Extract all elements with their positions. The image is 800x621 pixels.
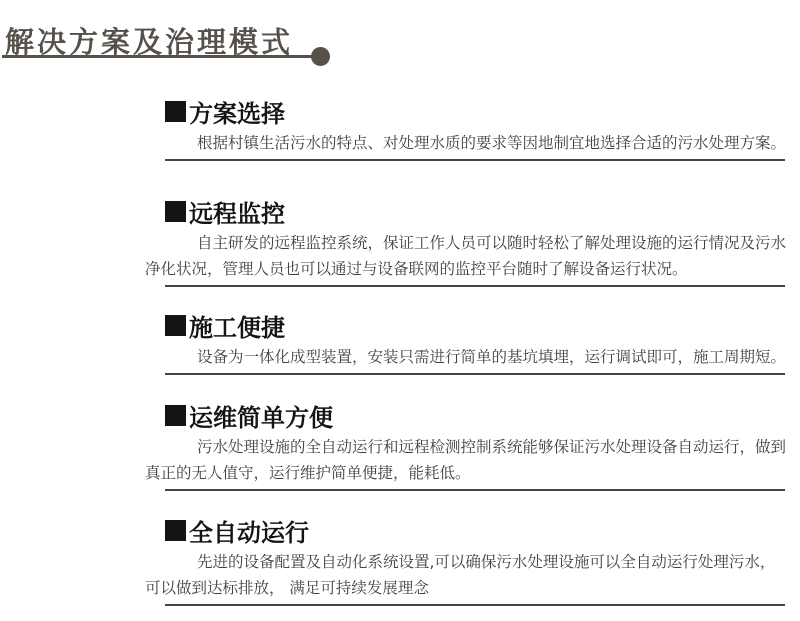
section-title: 方案选择 [189, 94, 285, 129]
paragraph-line: 自主研发的远程监控系统，保证工作人员可以随时轻松了解处理设施的运行情况及污水 [145, 230, 785, 256]
square-bullet-icon [165, 315, 186, 336]
section-divider [165, 604, 785, 606]
section-title: 远程监控 [189, 194, 285, 229]
section-easy-maintenance: 运维简单方便 污水处理设施的全自动运行和远程检测控制系统能够保证污水处理设备自动… [145, 401, 785, 491]
section-heading: 施工便捷 [165, 311, 785, 339]
section-title: 运维简单方便 [189, 398, 333, 433]
paragraph-line: 污水处理设施的全自动运行和远程检测控制系统能够保证污水处理设备自动运行，做到 [145, 434, 785, 460]
page-header: 解决方案及治理模式 [0, 0, 340, 70]
square-bullet-icon [165, 520, 186, 541]
section-title: 全自动运行 [189, 513, 309, 548]
section-heading: 方案选择 [165, 97, 785, 125]
section-title: 施工便捷 [189, 308, 285, 343]
section-remote-monitoring: 远程监控 自主研发的远程监控系统，保证工作人员可以随时轻松了解处理设施的运行情况… [145, 197, 785, 287]
section-heading: 远程监控 [165, 197, 785, 225]
paragraph-line: 净化状况，管理人员也可以通过与设备联网的监控平台随时了解设备运行状况。 [145, 256, 785, 282]
section-divider [165, 159, 785, 161]
section-heading: 运维简单方便 [165, 401, 785, 429]
section-automatic-operation: 全自动运行 先进的设备配置及自动化系统设置,可以确保污水处理设施可以全自动运行处… [145, 516, 785, 606]
paragraph-line: 真正的无人值守，运行维护简单便捷，能耗低。 [145, 460, 785, 486]
square-bullet-icon [165, 405, 186, 426]
section-paragraph: 污水处理设施的全自动运行和远程检测控制系统能够保证污水处理设备自动运行，做到 真… [145, 434, 785, 486]
section-paragraph: 自主研发的远程监控系统，保证工作人员可以随时轻松了解处理设施的运行情况及污水 净… [145, 230, 785, 282]
paragraph-line: 可以做到达标排放， 满足可持续发展理念 [145, 575, 785, 601]
section-divider [165, 489, 785, 491]
title-end-dot-icon [311, 47, 330, 66]
paragraph-line: 设备为一体化成型装置，安装只需进行简单的基坑填埋，运行调试即可，施工周期短。 [145, 344, 785, 370]
square-bullet-icon [165, 101, 186, 122]
section-heading: 全自动运行 [165, 516, 785, 544]
section-easy-construction: 施工便捷 设备为一体化成型装置，安装只需进行简单的基坑填埋，运行调试即可，施工周… [145, 311, 785, 375]
square-bullet-icon [165, 201, 186, 222]
section-paragraph: 先进的设备配置及自动化系统设置,可以确保污水处理设施可以全自动运行处理污水， 可… [145, 549, 785, 601]
section-divider [165, 373, 785, 375]
paragraph-line: 先进的设备配置及自动化系统设置,可以确保污水处理设施可以全自动运行处理污水， [145, 549, 785, 575]
section-paragraph: 设备为一体化成型装置，安装只需进行简单的基坑填埋，运行调试即可，施工周期短。 [145, 344, 785, 370]
section-paragraph: 根据村镇生活污水的特点、对处理水质的要求等因地制宜地选择合适的污水处理方案。 [145, 130, 785, 156]
section-plan-selection: 方案选择 根据村镇生活污水的特点、对处理水质的要求等因地制宜地选择合适的污水处理… [145, 97, 785, 161]
section-divider [165, 285, 785, 287]
title-underline [2, 55, 314, 58]
paragraph-line: 根据村镇生活污水的特点、对处理水质的要求等因地制宜地选择合适的污水处理方案。 [145, 130, 785, 156]
